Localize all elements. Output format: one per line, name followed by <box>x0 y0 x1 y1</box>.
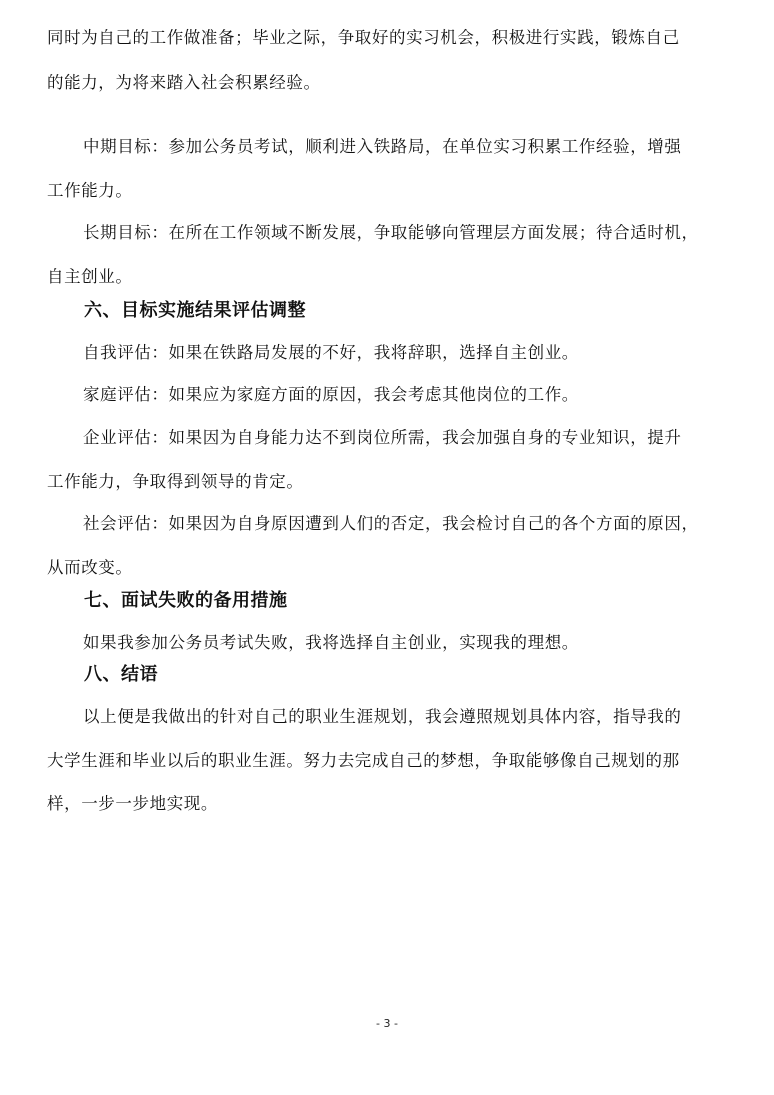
text-line: 的能力，为将来踏入社会积累经验。 <box>47 73 737 93</box>
family-evaluation-line: 家庭评估：如果应为家庭方面的原因，我会考虑其他岗位的工作。 <box>83 385 773 405</box>
backup-plan-line: 如果我参加公务员考试失败，我将选择自主创业，实现我的理想。 <box>83 633 773 653</box>
text-line: 大学生涯和毕业以后的职业生涯。努力去完成自己的梦想，争取能够像自己规划的那 <box>47 751 737 771</box>
text-line: 自主创业。 <box>47 267 737 287</box>
document-page: 同时为自己的工作做准备；毕业之际，争取好的实习机会，积极进行实践，锻炼自己 的能… <box>0 0 774 1095</box>
text-line: 工作能力，争取得到领导的肯定。 <box>47 472 737 492</box>
enterprise-evaluation-line: 企业评估：如果因为自身能力达不到岗位所需，我会加强自身的专业知识，提升 <box>83 428 773 448</box>
text-line: 从而改变。 <box>47 558 737 578</box>
section-heading-8: 八、结语 <box>84 664 158 686</box>
page-number: - 3 - <box>0 1017 774 1030</box>
self-evaluation-line: 自我评估：如果在铁路局发展的不好，我将辞职，选择自主创业。 <box>83 343 773 363</box>
section-heading-7: 七、面试失败的备用措施 <box>84 590 288 612</box>
long-term-goal-line: 长期目标：在所在工作领域不断发展，争取能够向管理层方面发展；待合适时机， <box>83 223 773 243</box>
social-evaluation-line: 社会评估：如果因为自身原因遭到人们的否定，我会检讨自己的各个方面的原因， <box>83 514 773 534</box>
mid-term-goal-line: 中期目标：参加公务员考试，顺利进入铁路局，在单位实习积累工作经验，增强 <box>83 137 773 157</box>
text-line: 同时为自己的工作做准备；毕业之际，争取好的实习机会，积极进行实践，锻炼自己 <box>47 28 737 48</box>
conclusion-line: 以上便是我做出的针对自己的职业生涯规划，我会遵照规划具体内容，指导我的 <box>83 707 773 727</box>
text-line: 样，一步一步地实现。 <box>47 794 737 814</box>
section-heading-6: 六、目标实施结果评估调整 <box>84 300 306 322</box>
text-line: 工作能力。 <box>47 181 737 201</box>
